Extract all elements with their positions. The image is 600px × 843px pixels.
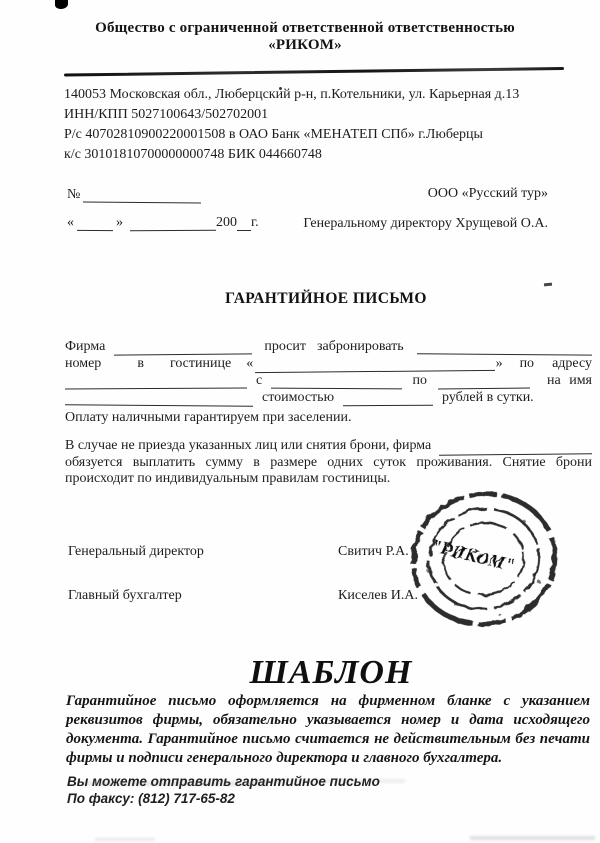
word-in-name-of: на имя (547, 373, 592, 389)
organization-name: Общество с ограниченной ответственной от… (58, 20, 552, 54)
blank-underline (65, 401, 253, 406)
cancellation-line-1: В случае не приезда указанных лиц или сн… (65, 438, 592, 455)
word-book: забронировать (317, 339, 404, 355)
letter-title: ГАРАНТИЙНОЕ ПИСЬМО (0, 290, 600, 308)
scan-smudge (95, 838, 155, 841)
cancellation-text: В случае не приезда указанных лиц или сн… (65, 438, 431, 455)
close-quote: » (496, 356, 503, 372)
open-quote: « (246, 356, 253, 372)
recipient-company: ООО «Русский тур» (303, 185, 548, 202)
fax-line-2: По факсу: (812) 717-65-82 (67, 790, 600, 807)
word-in: в (137, 356, 144, 372)
rikom-round-stamp: "РИКОМ" (404, 487, 564, 637)
word-requests: просит (264, 339, 306, 355)
recipient-block: ООО «Русский тур» Генеральному директору… (303, 185, 548, 232)
word-room: номер (65, 356, 101, 372)
number-label: № (67, 187, 80, 203)
scan-smudge (470, 836, 595, 840)
reference-and-recipient-row: № « » 200 г. ООО «Русский тур» Генеральн… (67, 185, 548, 232)
booking-request-paragraph: Фирма просит забронировать номер в гости… (65, 338, 592, 406)
blank-underline (343, 402, 433, 407)
recipient-person: Генеральному директору Хрущевой О.А. (303, 215, 548, 232)
template-instructions: Гарантийное письмо оформляется на фирмен… (66, 692, 590, 768)
request-line-2: номер в гостинице « » по адресу (65, 355, 592, 372)
blank-underline (237, 227, 251, 231)
word-by: по (520, 356, 535, 372)
cancellation-paragraph: В случае не приезда указанных лиц или сн… (65, 438, 592, 488)
ink-dot-artifact (279, 87, 282, 90)
company-corr-account-line: к/с 30101810700000000748 БИК 044660748 (64, 145, 600, 165)
director-name: Свитич Р.А. (338, 544, 409, 562)
word-from: с (256, 373, 262, 389)
blank-underline (77, 227, 113, 231)
word-rubles-per-day: рублей в сутки. (442, 390, 534, 406)
blank-underline (83, 199, 201, 204)
number-date-block: № « » 200 г. (67, 185, 259, 231)
stamp-text: "РИКОМ" (429, 535, 517, 575)
year-prefix: 200 (216, 215, 237, 231)
blank-underline (271, 385, 402, 390)
company-address-line: 140053 Московская обл., Люберцский р-н, … (64, 85, 600, 105)
close-quote: » (116, 215, 123, 231)
open-quote: « (67, 215, 74, 231)
template-heading: ШАБЛОН (0, 656, 600, 690)
scan-smudge (82, 781, 267, 786)
word-cost: стоимостью (262, 390, 334, 406)
company-inn-kpp-line: ИНН/КПП 5027100643/502702001 (64, 105, 600, 125)
request-line-1: Фирма просит забронировать (65, 338, 592, 355)
word-address: адресу (552, 356, 592, 372)
word-hotel: гостинице (170, 356, 231, 372)
company-bank-account-line: Р/с 40702810900220001508 в ОАО Банк «МЕН… (64, 125, 600, 145)
cancellation-text-rest: обязуется выплатить сумму в размере одни… (65, 455, 592, 488)
document-date-line: « » 200 г. (67, 213, 259, 231)
letterhead-divider-line (64, 67, 564, 77)
request-line-4: стоимостью рублей в сутки. (65, 389, 592, 406)
scanned-guarantee-letter-page: Общество с ограниченной ответственной от… (0, 0, 600, 843)
accountant-label: Главный бухгалтер (68, 588, 338, 606)
year-suffix: г. (251, 215, 259, 231)
request-line-3: с по на имя (65, 372, 592, 389)
blank-underline (130, 227, 216, 232)
document-number-line: № (67, 185, 259, 203)
director-label: Генеральный директор (68, 544, 338, 562)
blank-underline (439, 450, 592, 455)
word-to: по (413, 373, 428, 389)
ink-blob-artifact (55, 0, 68, 9)
word-firm: Фирма (65, 339, 105, 355)
scan-smudge (255, 779, 405, 783)
fax-instructions: Вы можете отправить гарантийное письмо П… (67, 773, 600, 807)
scan-artifact-dash (544, 283, 552, 287)
company-details: 140053 Московская обл., Люберцский р-н, … (64, 85, 600, 165)
cash-payment-note: Оплату наличными гарантируем при заселен… (65, 410, 600, 426)
